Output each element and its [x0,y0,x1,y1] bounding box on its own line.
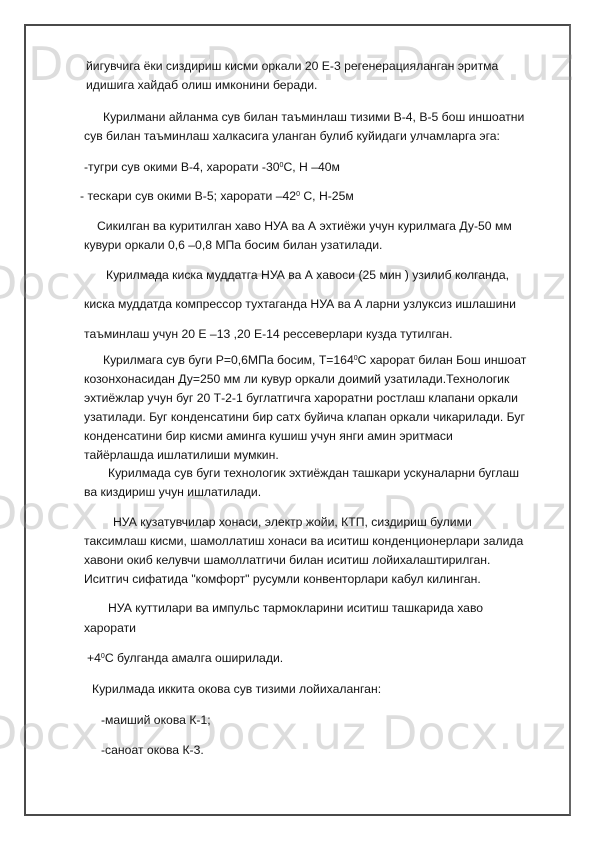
paragraph-line: козонхонасидан Ду=250 мм ли кувур оркали… [84,372,509,386]
paragraph-line: Курилмада киска муддатга НУА ва А хавоси… [106,268,509,282]
paragraph-line: сув билан таъминлаш халкасига уланган бу… [84,129,500,143]
paragraph-line: узатилади. Буг конденсатини бир сатх буй… [84,410,525,424]
paragraph-line: НУА куттилари ва импульс тармокларини ис… [108,601,483,615]
paragraph-line: конденсатини бир кисми аминга кушиш учун… [84,429,453,443]
paragraph-line: ва киздириш учун ишлатилади. [84,485,261,499]
list-item: -маиший окова К-1; [101,713,211,727]
paragraph-line: тайёрлашда ишлатилиши мумкин. [84,448,279,462]
paragraph-line: кувури оркали 0,6 –0,8 МПа босим билан у… [84,238,382,252]
paragraph-line: таъминлаш учун 20 Е –13 ,20 Е-14 рессеве… [84,327,453,341]
paragraph-line: -тугри сув окими В-4, харорати -300С, Н … [84,160,340,174]
paragraph-line: идишига хайдаб олиш имконини беради. [86,78,317,92]
paragraph-line: таксимлаш кисми, шамоллатиш хонаси ва ис… [84,534,523,548]
paragraph-line: +40С булганда амалга оширилади. [87,651,283,665]
paragraph-line: Курилмада иккита окова сув тизими лойиха… [92,682,381,696]
paragraph-line: эхтиёжлар учун буг 20 Т-2-1 буглатгичга … [84,391,518,405]
paragraph-line: хавони окиб келувчи шамоллатгичи билан и… [84,553,490,567]
paragraph-line: Курилмани айланма сув билан таъминлаш ти… [103,110,524,124]
paragraph-line: Иситгич сифатида "комфорт" русумли конве… [84,572,481,586]
paragraph-line: Курилмада сув буги технологик эхтиёждан … [108,466,519,480]
paragraph-line: Сикилган ва куритилган хаво НУА ва А эхт… [97,219,512,233]
list-item: -саноат окова К-3. [101,743,204,757]
paragraph-line: йигувчига ёки сиздириш кисми оркали 20 Е… [86,59,498,73]
paragraph-line: киска муддатда компрессор тухтаганда НУА… [84,297,516,311]
paragraph-line: харорати [84,621,136,635]
paragraph-line: НУА кузатувчилар хонаси, электр жойи, КТ… [113,515,472,529]
paragraph-line: - тескари сув окими В-5; харорати –420 С… [80,189,354,203]
paragraph-line: Курилмага сув буги Р=0,6МПа босим, Т=164… [103,353,526,367]
